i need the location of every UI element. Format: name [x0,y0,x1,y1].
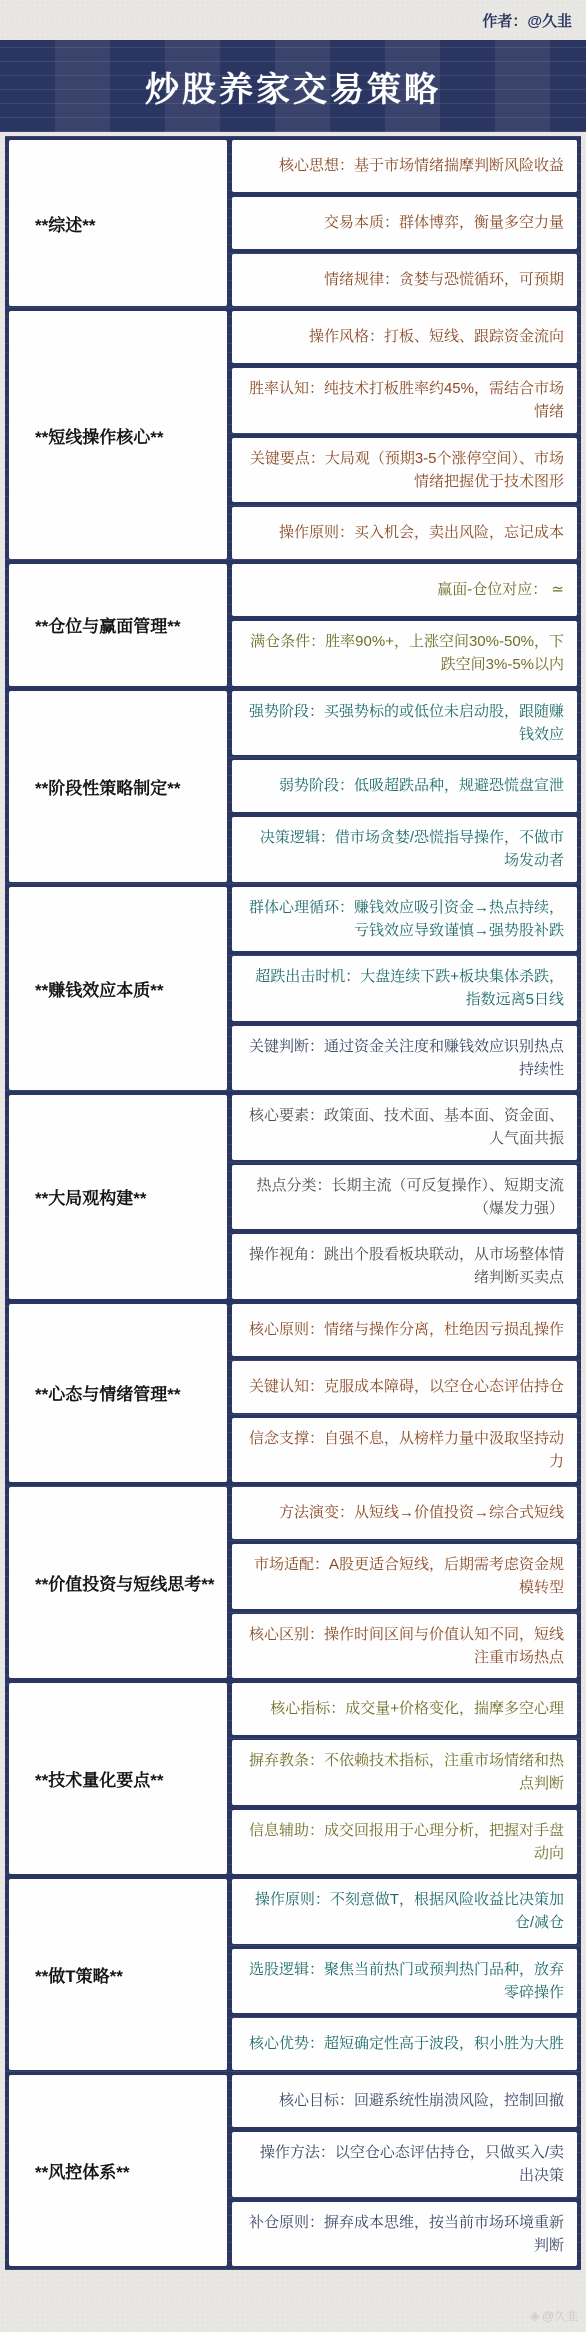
author-label: 作者：@久韭 [482,10,572,31]
strategy-row: 关键认知：克服成本障碍，以空仓心态评估持仓 [232,1361,577,1413]
section-label: **做T策略** [9,1879,227,2070]
section-label: **阶段性策略制定** [9,691,227,882]
strategy-row: 选股逻辑：聚焦当前热门或预判热门品种，放弃零碎操作 [232,1949,577,2014]
strategy-row: 操作原则：买入机会，卖出风险，忘记成本 [232,507,577,559]
strategy-row: 群体心理循环：赚钱效应吸引资金→热点持续，亏钱效应导致谨慎→强势股补跌 [232,887,577,952]
strategy-table: **综述** 核心思想：基于市场情绪揣摩判断风险收益交易本质：群体博弈，衡量多空… [5,136,581,2270]
strategy-section: **风控体系** 核心目标：回避系统性崩溃风险，控制回撤操作方法：以空仓心态评估… [9,2075,577,2266]
watermark: ◈ @久韭 [530,2307,578,2324]
strategy-row: 操作方法：以空仓心态评估持仓，只做买入/卖出决策 [232,2132,577,2197]
strategy-section: **大局观构建** 核心要素：政策面、技术面、基本面、资金面、人气面共振热点分类… [9,1095,577,1299]
strategy-row: 摒弃教条：不依赖技术指标，注重市场情绪和热点判断 [232,1740,577,1805]
strategy-section: **阶段性策略制定** 强势阶段：买强势标的或低位未启动股，跟随赚钱效应弱势阶段… [9,691,577,882]
infographic-page: 作者：@久韭 炒股养家交易策略 **综述** 核心思想：基于市场情绪揣摩判断风险… [0,0,586,2332]
strategy-row: 交易本质：群体博弈，衡量多空力量 [232,197,577,249]
section-rows: 赢面-仓位对应： ≃满仓条件：胜率90%+，上涨空间30%-50%，下跌空间3%… [232,564,577,686]
section-label: **综述** [9,140,227,306]
section-label: **心态与情绪管理** [9,1304,227,1483]
strategy-row: 满仓条件：胜率90%+，上涨空间30%-50%，下跌空间3%-5%以内 [232,621,577,686]
strategy-row: 情绪规律：贪婪与恐慌循环，可预期 [232,254,577,306]
strategy-row: 胜率认知：纯技术打板胜率约45%，需结合市场情绪 [232,368,577,433]
strategy-row: 操作视角：跳出个股看板块联动，从市场整体情绪判断买卖点 [232,1234,577,1299]
section-rows: 核心思想：基于市场情绪揣摩判断风险收益交易本质：群体博弈，衡量多空力量情绪规律：… [232,140,577,306]
strategy-section: **仓位与赢面管理** 赢面-仓位对应： ≃满仓条件：胜率90%+，上涨空间30… [9,564,577,686]
section-rows: 核心指标：成交量+价格变化，揣摩多空心理摒弃教条：不依赖技术指标，注重市场情绪和… [232,1683,577,1874]
section-rows: 操作原则：不刻意做T，根据风险收益比决策加仓/减仓选股逻辑：聚焦当前热门或预判热… [232,1879,577,2070]
section-label: **风控体系** [9,2075,227,2266]
strategy-row: 关键判断：通过资金关注度和赚钱效应识别热点持续性 [232,1026,577,1091]
strategy-row: 核心区别：操作时间区间与价值认知不同，短线注重市场热点 [232,1614,577,1679]
strategy-section: **赚钱效应本质** 群体心理循环：赚钱效应吸引资金→热点持续，亏钱效应导致谨慎… [9,887,577,1091]
strategy-row: 关键要点：大局观（预期3-5个涨停空间）、市场情绪把握优于技术图形 [232,438,577,503]
strategy-row: 超跌出击时机：大盘连续下跌+板块集体杀跌，指数远离5日线 [232,956,577,1021]
strategy-row: 核心优势：超短确定性高于波段，积小胜为大胜 [232,2018,577,2070]
section-rows: 群体心理循环：赚钱效应吸引资金→热点持续，亏钱效应导致谨慎→强势股补跌超跌出击时… [232,887,577,1091]
page-title: 炒股养家交易策略 [145,62,441,111]
strategy-row: 决策逻辑：借市场贪婪/恐慌指导操作，不做市场发动者 [232,817,577,882]
strategy-row: 核心要素：政策面、技术面、基本面、资金面、人气面共振 [232,1095,577,1160]
strategy-row: 核心原则：情绪与操作分离，杜绝因亏损乱操作 [232,1304,577,1356]
section-rows: 核心要素：政策面、技术面、基本面、资金面、人气面共振热点分类：长期主流（可反复操… [232,1095,577,1299]
strategy-row: 市场适配：A股更适合短线，后期需考虑资金规模转型 [232,1544,577,1609]
section-label: **仓位与赢面管理** [9,564,227,686]
section-label: **大局观构建** [9,1095,227,1299]
strategy-section: **心态与情绪管理** 核心原则：情绪与操作分离，杜绝因亏损乱操作关键认知：克服… [9,1304,577,1483]
strategy-row: 核心思想：基于市场情绪揣摩判断风险收益 [232,140,577,192]
strategy-section: **综述** 核心思想：基于市场情绪揣摩判断风险收益交易本质：群体博弈，衡量多空… [9,140,577,306]
strategy-row: 核心目标：回避系统性崩溃风险，控制回撤 [232,2075,577,2127]
section-rows: 操作风格：打板、短线、跟踪资金流向胜率认知：纯技术打板胜率约45%，需结合市场情… [232,311,577,559]
section-rows: 核心目标：回避系统性崩溃风险，控制回撤操作方法：以空仓心态评估持仓，只做买入/卖… [232,2075,577,2266]
section-label: **赚钱效应本质** [9,887,227,1091]
author-bar: 作者：@久韭 [0,0,586,40]
section-rows: 方法演变：从短线→价值投资→综合式短线市场适配：A股更适合短线，后期需考虑资金规… [232,1487,577,1678]
strategy-row: 赢面-仓位对应： ≃ [232,564,577,616]
strategy-row: 方法演变：从短线→价值投资→综合式短线 [232,1487,577,1539]
watermark-label: @久韭 [542,2307,578,2324]
strategy-row: 操作风格：打板、短线、跟踪资金流向 [232,311,577,363]
strategy-section: **做T策略** 操作原则：不刻意做T，根据风险收益比决策加仓/减仓选股逻辑：聚… [9,1879,577,2070]
strategy-row: 强势阶段：买强势标的或低位未启动股，跟随赚钱效应 [232,691,577,756]
strategy-section: **技术量化要点** 核心指标：成交量+价格变化，揣摩多空心理摒弃教条：不依赖技… [9,1683,577,1874]
section-label: **价值投资与短线思考** [9,1487,227,1678]
diamond-icon: ◈ [530,2308,540,2324]
title-banner: 炒股养家交易策略 [0,40,586,132]
section-label: **技术量化要点** [9,1683,227,1874]
section-rows: 核心原则：情绪与操作分离，杜绝因亏损乱操作关键认知：克服成本障碍，以空仓心态评估… [232,1304,577,1483]
strategy-row: 热点分类：长期主流（可反复操作）、短期支流（爆发力强） [232,1165,577,1230]
strategy-section: **短线操作核心** 操作风格：打板、短线、跟踪资金流向胜率认知：纯技术打板胜率… [9,311,577,559]
section-label: **短线操作核心** [9,311,227,559]
strategy-section: **价值投资与短线思考** 方法演变：从短线→价值投资→综合式短线市场适配：A股… [9,1487,577,1678]
strategy-row: 补仓原则：摒弃成本思维，按当前市场环境重新判断 [232,2202,577,2267]
strategy-row: 弱势阶段：低吸超跌品种，规避恐慌盘宣泄 [232,760,577,812]
strategy-row: 信念支撑：自强不息，从榜样力量中汲取坚持动力 [232,1418,577,1483]
strategy-row: 信息辅助：成交回报用于心理分析，把握对手盘动向 [232,1810,577,1875]
section-rows: 强势阶段：买强势标的或低位未启动股，跟随赚钱效应弱势阶段：低吸超跌品种，规避恐慌… [232,691,577,882]
strategy-row: 操作原则：不刻意做T，根据风险收益比决策加仓/减仓 [232,1879,577,1944]
strategy-row: 核心指标：成交量+价格变化，揣摩多空心理 [232,1683,577,1735]
